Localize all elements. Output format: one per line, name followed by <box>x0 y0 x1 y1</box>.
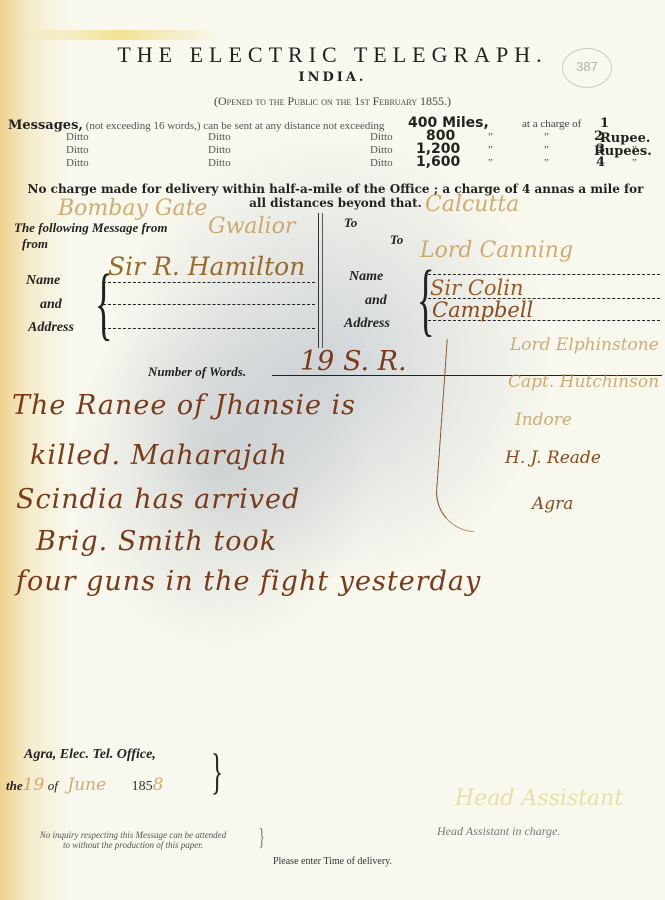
day-handwritten: 19 <box>23 775 45 795</box>
date-brace: { <box>211 746 223 796</box>
to-label-2: To <box>390 232 403 248</box>
inquiry-line1: No inquiry respecting this Message can b… <box>8 830 258 840</box>
to-name-line <box>428 274 660 275</box>
ditto-label: Ditto <box>208 144 231 156</box>
from-name-line <box>103 282 315 283</box>
year-suffix-handwritten: 8 <box>153 775 164 795</box>
from-label: The following Message from <box>14 220 167 236</box>
from-name-label: Name <box>26 273 60 289</box>
rate-row: Messages, (not exceeding 16 words,) can … <box>8 118 663 131</box>
ditto-mark: ” <box>544 157 549 169</box>
message-line: killed. Maharajah <box>30 440 288 471</box>
ditto-mark: ” <box>632 144 637 156</box>
rate-miles: 1,600 <box>416 154 460 170</box>
to-and-label: and <box>365 293 387 309</box>
date-of-label: of <box>48 778 58 793</box>
date-prefix: the <box>6 778 23 793</box>
from-label-2: from <box>22 236 48 252</box>
ditto-label: Ditto <box>370 144 393 156</box>
signature-handwritten: Head Assistant <box>455 786 623 811</box>
date-line: the19 of June 1858 <box>6 775 164 795</box>
delivery-notice-line1: No charge made for delivery within half-… <box>8 182 663 196</box>
to-name-label: Name <box>349 269 383 285</box>
inquiry-brace: { <box>259 826 265 850</box>
sender-name-handwritten: Sir R. Hamilton <box>108 252 305 281</box>
inquiry-note: No inquiry respecting this Message can b… <box>8 830 258 850</box>
rate-charge-text: at a charge of <box>522 118 581 130</box>
number-of-words-handwritten: 19 S. R. <box>300 346 407 377</box>
ditto-label: Ditto <box>370 157 393 169</box>
copies-line: Capt. Hutchinson <box>508 372 659 392</box>
rate-row: Ditto Ditto Ditto 1,200 ” ” 3 ” <box>8 144 663 157</box>
month-handwritten: June <box>67 775 106 795</box>
paper-stain <box>20 30 220 40</box>
to-address-label: Address <box>344 316 390 332</box>
to-station-handwritten: Calcutta <box>425 192 519 217</box>
delivery-time-note: Please enter Time of delivery. <box>0 856 665 867</box>
number-of-words-label: Number of Words. <box>148 364 246 380</box>
rates-table: Messages, (not exceeding 16 words,) can … <box>8 118 663 170</box>
office-label: Agra, Elec. Tel. Office, <box>24 747 156 763</box>
rate-charge: 4 <box>596 155 605 170</box>
message-line: Brig. Smith took <box>36 526 277 557</box>
from-station-above-handwritten: Bombay Gate <box>58 196 207 221</box>
message-line: The Ranee of Jhansie is <box>12 390 356 421</box>
ditto-mark: ” <box>488 144 493 156</box>
from-address-label: Address <box>28 320 74 336</box>
ditto-mark: ” <box>544 144 549 156</box>
ditto-mark: ” <box>488 157 493 169</box>
rate-row: Ditto Ditto Ditto 800 ” ” 2 Rupees. <box>8 131 663 144</box>
ditto-label: Ditto <box>208 157 231 169</box>
ditto-label: Ditto <box>370 131 393 143</box>
message-line: Scindia has arrived <box>16 484 300 515</box>
ditto-label: Ditto <box>66 157 89 169</box>
from-and-label: and <box>40 297 62 313</box>
rate-row: Ditto Ditto Ditto 1,600 ” ” 4 ” <box>8 157 663 170</box>
to-label: To <box>344 215 357 231</box>
recipient-line3-handwritten: Campbell <box>432 298 533 322</box>
ditto-mark: ” <box>632 157 637 169</box>
signature-label: Head Assistant in charge. <box>437 826 560 836</box>
inquiry-line2: to without the production of this paper. <box>8 840 258 850</box>
recipient-line2-handwritten: Sir Colin <box>430 276 524 300</box>
ditto-label: Ditto <box>66 131 89 143</box>
copies-line: H. J. Reade <box>505 448 601 468</box>
ditto-label: Ditto <box>208 131 231 143</box>
opened-date-note: (Opened to the Public on the 1st Februar… <box>0 94 665 109</box>
from-station-handwritten: Gwalior <box>208 214 295 239</box>
copies-line: Indore <box>515 410 572 430</box>
message-line: four guns in the fight yesterday <box>16 566 481 597</box>
ditto-mark: ” <box>488 131 493 143</box>
column-divider <box>318 213 323 348</box>
from-address-line-1 <box>103 304 315 305</box>
recipient-line1-handwritten: Lord Canning <box>420 238 573 263</box>
copies-line: Lord Elphinstone <box>510 335 659 355</box>
copies-line: Agra <box>532 494 573 514</box>
from-address-line-2 <box>103 328 315 329</box>
catalog-stamp: 387 <box>562 48 612 88</box>
year-prefix: 185 <box>132 779 153 794</box>
ditto-mark: ” <box>544 131 549 143</box>
ditto-label: Ditto <box>66 144 89 156</box>
